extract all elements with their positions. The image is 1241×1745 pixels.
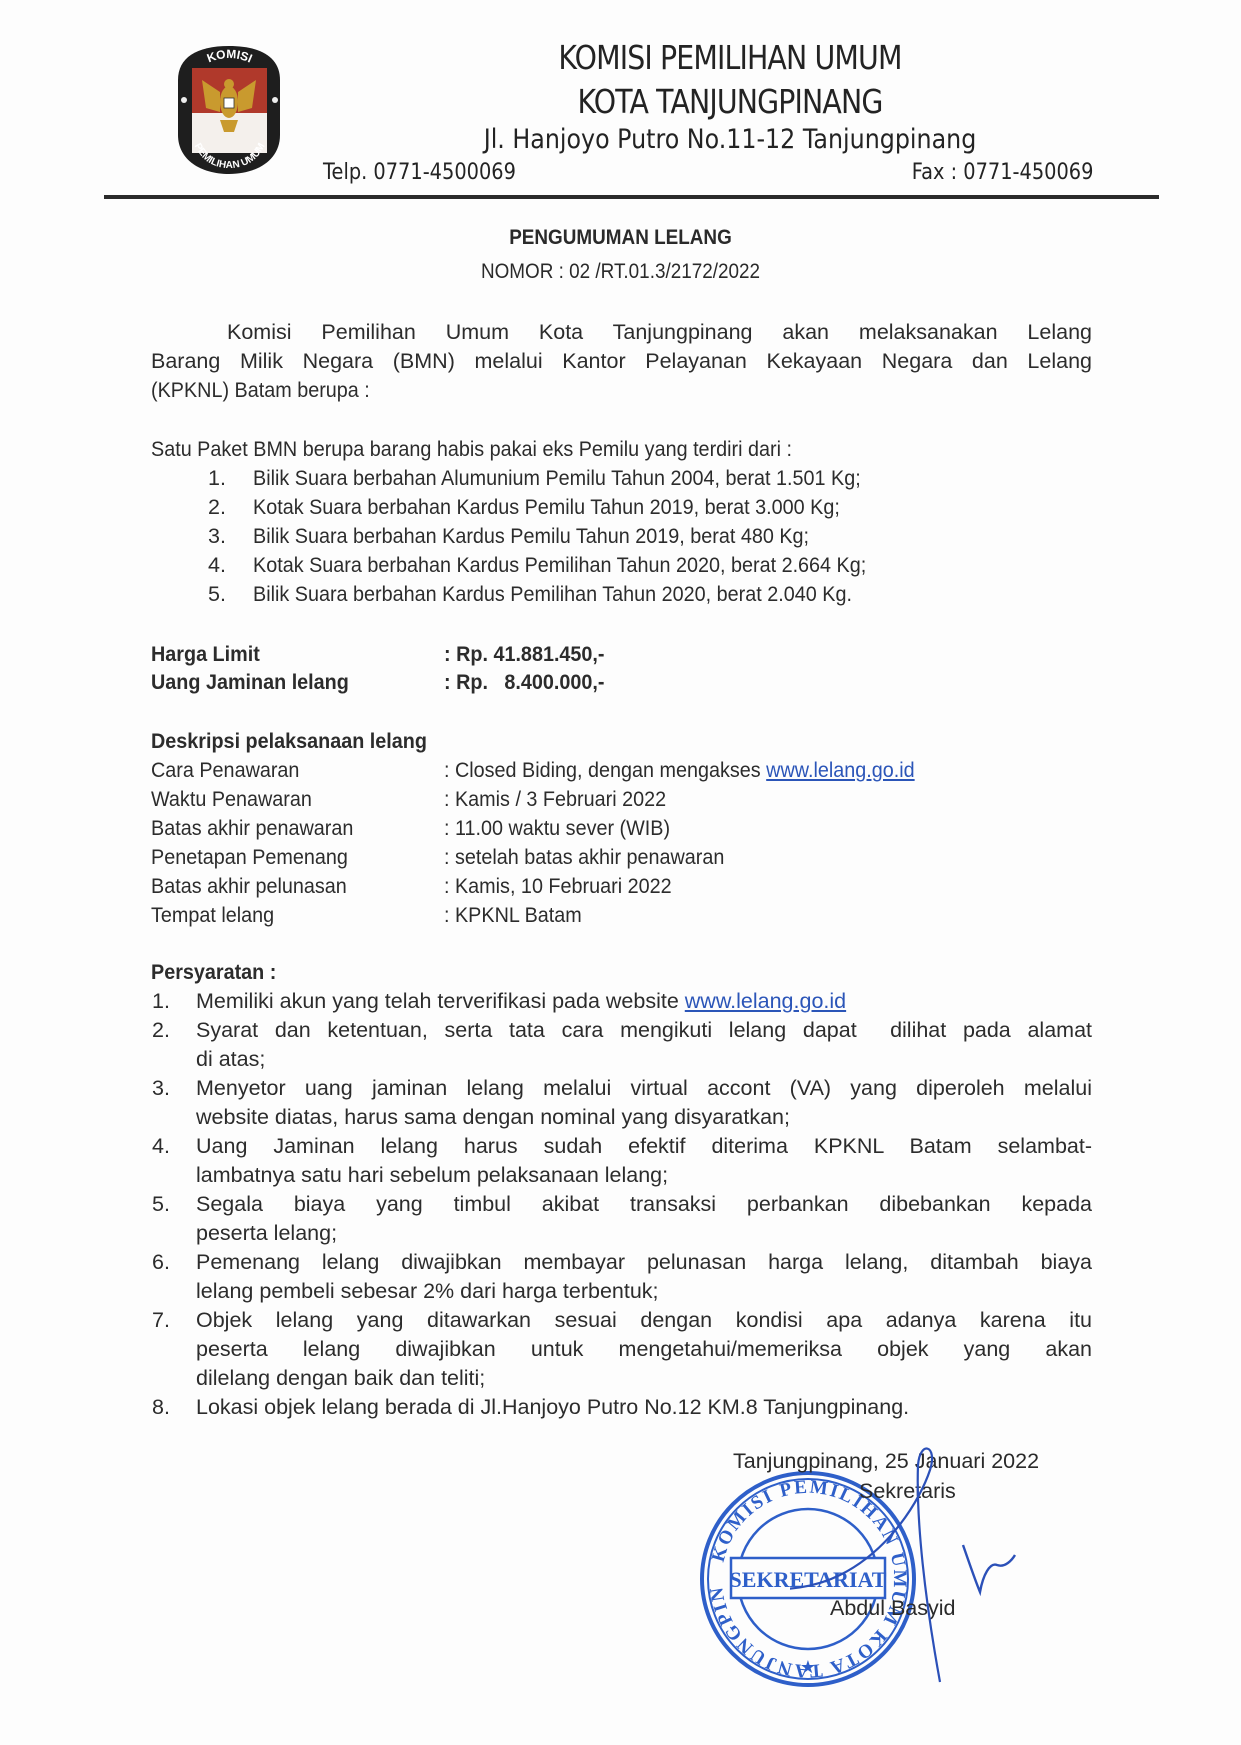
requirement-text: peserta lelang; xyxy=(196,1221,337,1245)
requirement-text: Menyetor uang jaminan lelang melalui vir… xyxy=(196,1076,1092,1100)
document-title: PENGUMUMAN LELANG xyxy=(62,226,1179,250)
requirement-line: di atas; xyxy=(196,1045,1092,1074)
list-item: Kotak Suara berbahan Kardus Pemilu Tahun… xyxy=(253,493,840,522)
org-address: Jl. Hanjoyo Putro No.11-12 Tanjungpinang xyxy=(422,124,1038,155)
requirement-text: Lokasi objek lelang berada di Jl.Hanjoyo… xyxy=(196,1395,909,1419)
description-label: Penetapan Pemenang xyxy=(151,843,348,872)
intro-line-1: Komisi Pemilihan Umum Kota Tanjungpinang… xyxy=(151,318,1092,347)
requirement-text: website diatas, harus sama dengan nomina… xyxy=(196,1105,790,1129)
requirements-heading: Persyaratan : xyxy=(151,958,276,987)
requirement-text: Memiliki akun yang telah terverifikasi p… xyxy=(196,989,685,1013)
item-number: 5. xyxy=(208,580,226,609)
document-page: KOMISI PEMILIHAN UMUM KOMISI PEMILIHAN U… xyxy=(0,0,1241,1745)
list-item: Bilik Suara berbahan Kardus Pemilu Tahun… xyxy=(253,522,809,551)
requirement-number: 3. xyxy=(152,1074,170,1103)
requirement-line: Lokasi objek lelang berada di Jl.Hanjoyo… xyxy=(196,1393,1092,1422)
description-label: Cara Penawaran xyxy=(151,756,299,785)
requirement-number: 6. xyxy=(152,1248,170,1277)
price-label: Harga Limit xyxy=(151,640,260,669)
requirement-line: Memiliki akun yang telah terverifikasi p… xyxy=(196,987,1092,1016)
requirement-number: 1. xyxy=(152,987,170,1016)
list-item: Kotak Suara berbahan Kardus Pemilihan Ta… xyxy=(253,551,866,580)
description-label: Batas akhir pelunasan xyxy=(151,872,347,901)
requirement-number: 5. xyxy=(152,1190,170,1219)
requirement-line: lelang pembeli sebesar 2% dari harga ter… xyxy=(196,1277,1092,1306)
requirement-text: peserta lelang diwajibkan untuk mengetah… xyxy=(196,1337,1092,1361)
item-number: 3. xyxy=(208,522,226,551)
requirement-number: 7. xyxy=(152,1306,170,1335)
description-value: : setelah batas akhir penawaran xyxy=(444,843,724,872)
list-item: Bilik Suara berbahan Kardus Pemilihan Ta… xyxy=(253,580,852,609)
description-value-text: : setelah batas akhir penawaran xyxy=(444,845,724,869)
document-number: NOMOR : 02 /RT.01.3/2172/2022 xyxy=(62,260,1179,284)
description-value-text: : 11.00 waktu sever (WIB) xyxy=(444,816,670,840)
description-label: Batas akhir penawaran xyxy=(151,814,353,843)
requirement-text: di atas; xyxy=(196,1047,265,1071)
requirement-line: Objek lelang yang ditawarkan sesuai deng… xyxy=(196,1306,1092,1335)
requirement-text: Segala biaya yang timbul akibat transaks… xyxy=(196,1192,1092,1216)
requirement-text: Pemenang lelang diwajibkan membayar pelu… xyxy=(196,1250,1092,1274)
requirement-text: Objek lelang yang ditawarkan sesuai deng… xyxy=(196,1308,1092,1332)
description-value: : Kamis / 3 Februari 2022 xyxy=(444,785,666,814)
price-value: : Rp. 8.400.000,- xyxy=(444,668,605,697)
requirement-line: Segala biaya yang timbul akibat transaks… xyxy=(196,1190,1092,1219)
website-link[interactable]: www.lelang.go.id xyxy=(685,989,846,1013)
description-value-text: : Kamis, 10 Februari 2022 xyxy=(444,874,672,898)
description-value-text: : Closed Biding, dengan mengakses xyxy=(444,758,766,782)
description-value: : 11.00 waktu sever (WIB) xyxy=(444,814,670,843)
requirement-line: Pemenang lelang diwajibkan membayar pelu… xyxy=(196,1248,1092,1277)
requirement-line: lambatnya satu hari sebelum pelaksanaan … xyxy=(196,1161,1092,1190)
handwritten-signature-icon xyxy=(790,1440,1090,1690)
requirement-number: 2. xyxy=(152,1016,170,1045)
org-telp: Telp. 0771-4500069 xyxy=(323,160,516,185)
kpu-logo-icon: KOMISI PEMILIHAN UMUM xyxy=(172,40,287,180)
price-value: : Rp. 41.881.450,- xyxy=(444,640,605,669)
requirement-text: Syarat dan ketentuan, serta tata cara me… xyxy=(196,1018,1092,1042)
requirement-text: Uang Jaminan lelang harus sudah efektif … xyxy=(196,1134,1092,1158)
website-link[interactable]: www.lelang.go.id xyxy=(766,758,914,782)
description-label: Waktu Penawaran xyxy=(151,785,312,814)
description-value: : Closed Biding, dengan mengakses www.le… xyxy=(444,756,915,785)
requirement-line: peserta lelang; xyxy=(196,1219,1092,1248)
requirement-number: 8. xyxy=(152,1393,170,1422)
item-number: 1. xyxy=(208,464,226,493)
requirement-line: Syarat dan ketentuan, serta tata cara me… xyxy=(196,1016,1092,1045)
requirement-line: Menyetor uang jaminan lelang melalui vir… xyxy=(196,1074,1092,1103)
requirement-line: website diatas, harus sama dengan nomina… xyxy=(196,1103,1092,1132)
letterhead-divider xyxy=(104,195,1159,199)
requirement-text: lelang pembeli sebesar 2% dari harga ter… xyxy=(196,1279,659,1303)
requirement-line: Uang Jaminan lelang harus sudah efektif … xyxy=(196,1132,1092,1161)
item-number: 2. xyxy=(208,493,226,522)
description-value-text: : Kamis / 3 Februari 2022 xyxy=(444,787,666,811)
requirement-number: 4. xyxy=(152,1132,170,1161)
list-item: Bilik Suara berbahan Alumunium Pemilu Ta… xyxy=(253,464,861,493)
intro-line-2: Barang Milik Negara (BMN) melalui Kantor… xyxy=(151,347,1092,376)
org-fax: Fax : 0771-450069 xyxy=(911,160,1093,185)
requirement-line: dilelang dengan baik dan teliti; xyxy=(196,1364,1092,1393)
requirement-text: lambatnya satu hari sebelum pelaksanaan … xyxy=(196,1163,668,1187)
requirement-text: dilelang dengan baik dan teliti; xyxy=(196,1366,485,1390)
org-name: KOMISI PEMILIHAN UMUM xyxy=(446,38,1014,77)
description-value-text: : KPKNL Batam xyxy=(444,903,582,927)
price-label: Uang Jaminan lelang xyxy=(151,668,349,697)
description-heading: Deskripsi pelaksanaan lelang xyxy=(151,727,427,756)
description-value: : KPKNL Batam xyxy=(444,901,582,930)
org-city: KOTA TANJUNGPINANG xyxy=(446,82,1014,121)
description-label: Tempat lelang xyxy=(151,901,274,930)
description-value: : Kamis, 10 Februari 2022 xyxy=(444,872,672,901)
intro-line-3: (KPKNL) Batam berupa : xyxy=(151,376,370,405)
requirement-line: peserta lelang diwajibkan untuk mengetah… xyxy=(196,1335,1092,1364)
item-number: 4. xyxy=(208,551,226,580)
package-intro: Satu Paket BMN berupa barang habis pakai… xyxy=(151,435,792,464)
